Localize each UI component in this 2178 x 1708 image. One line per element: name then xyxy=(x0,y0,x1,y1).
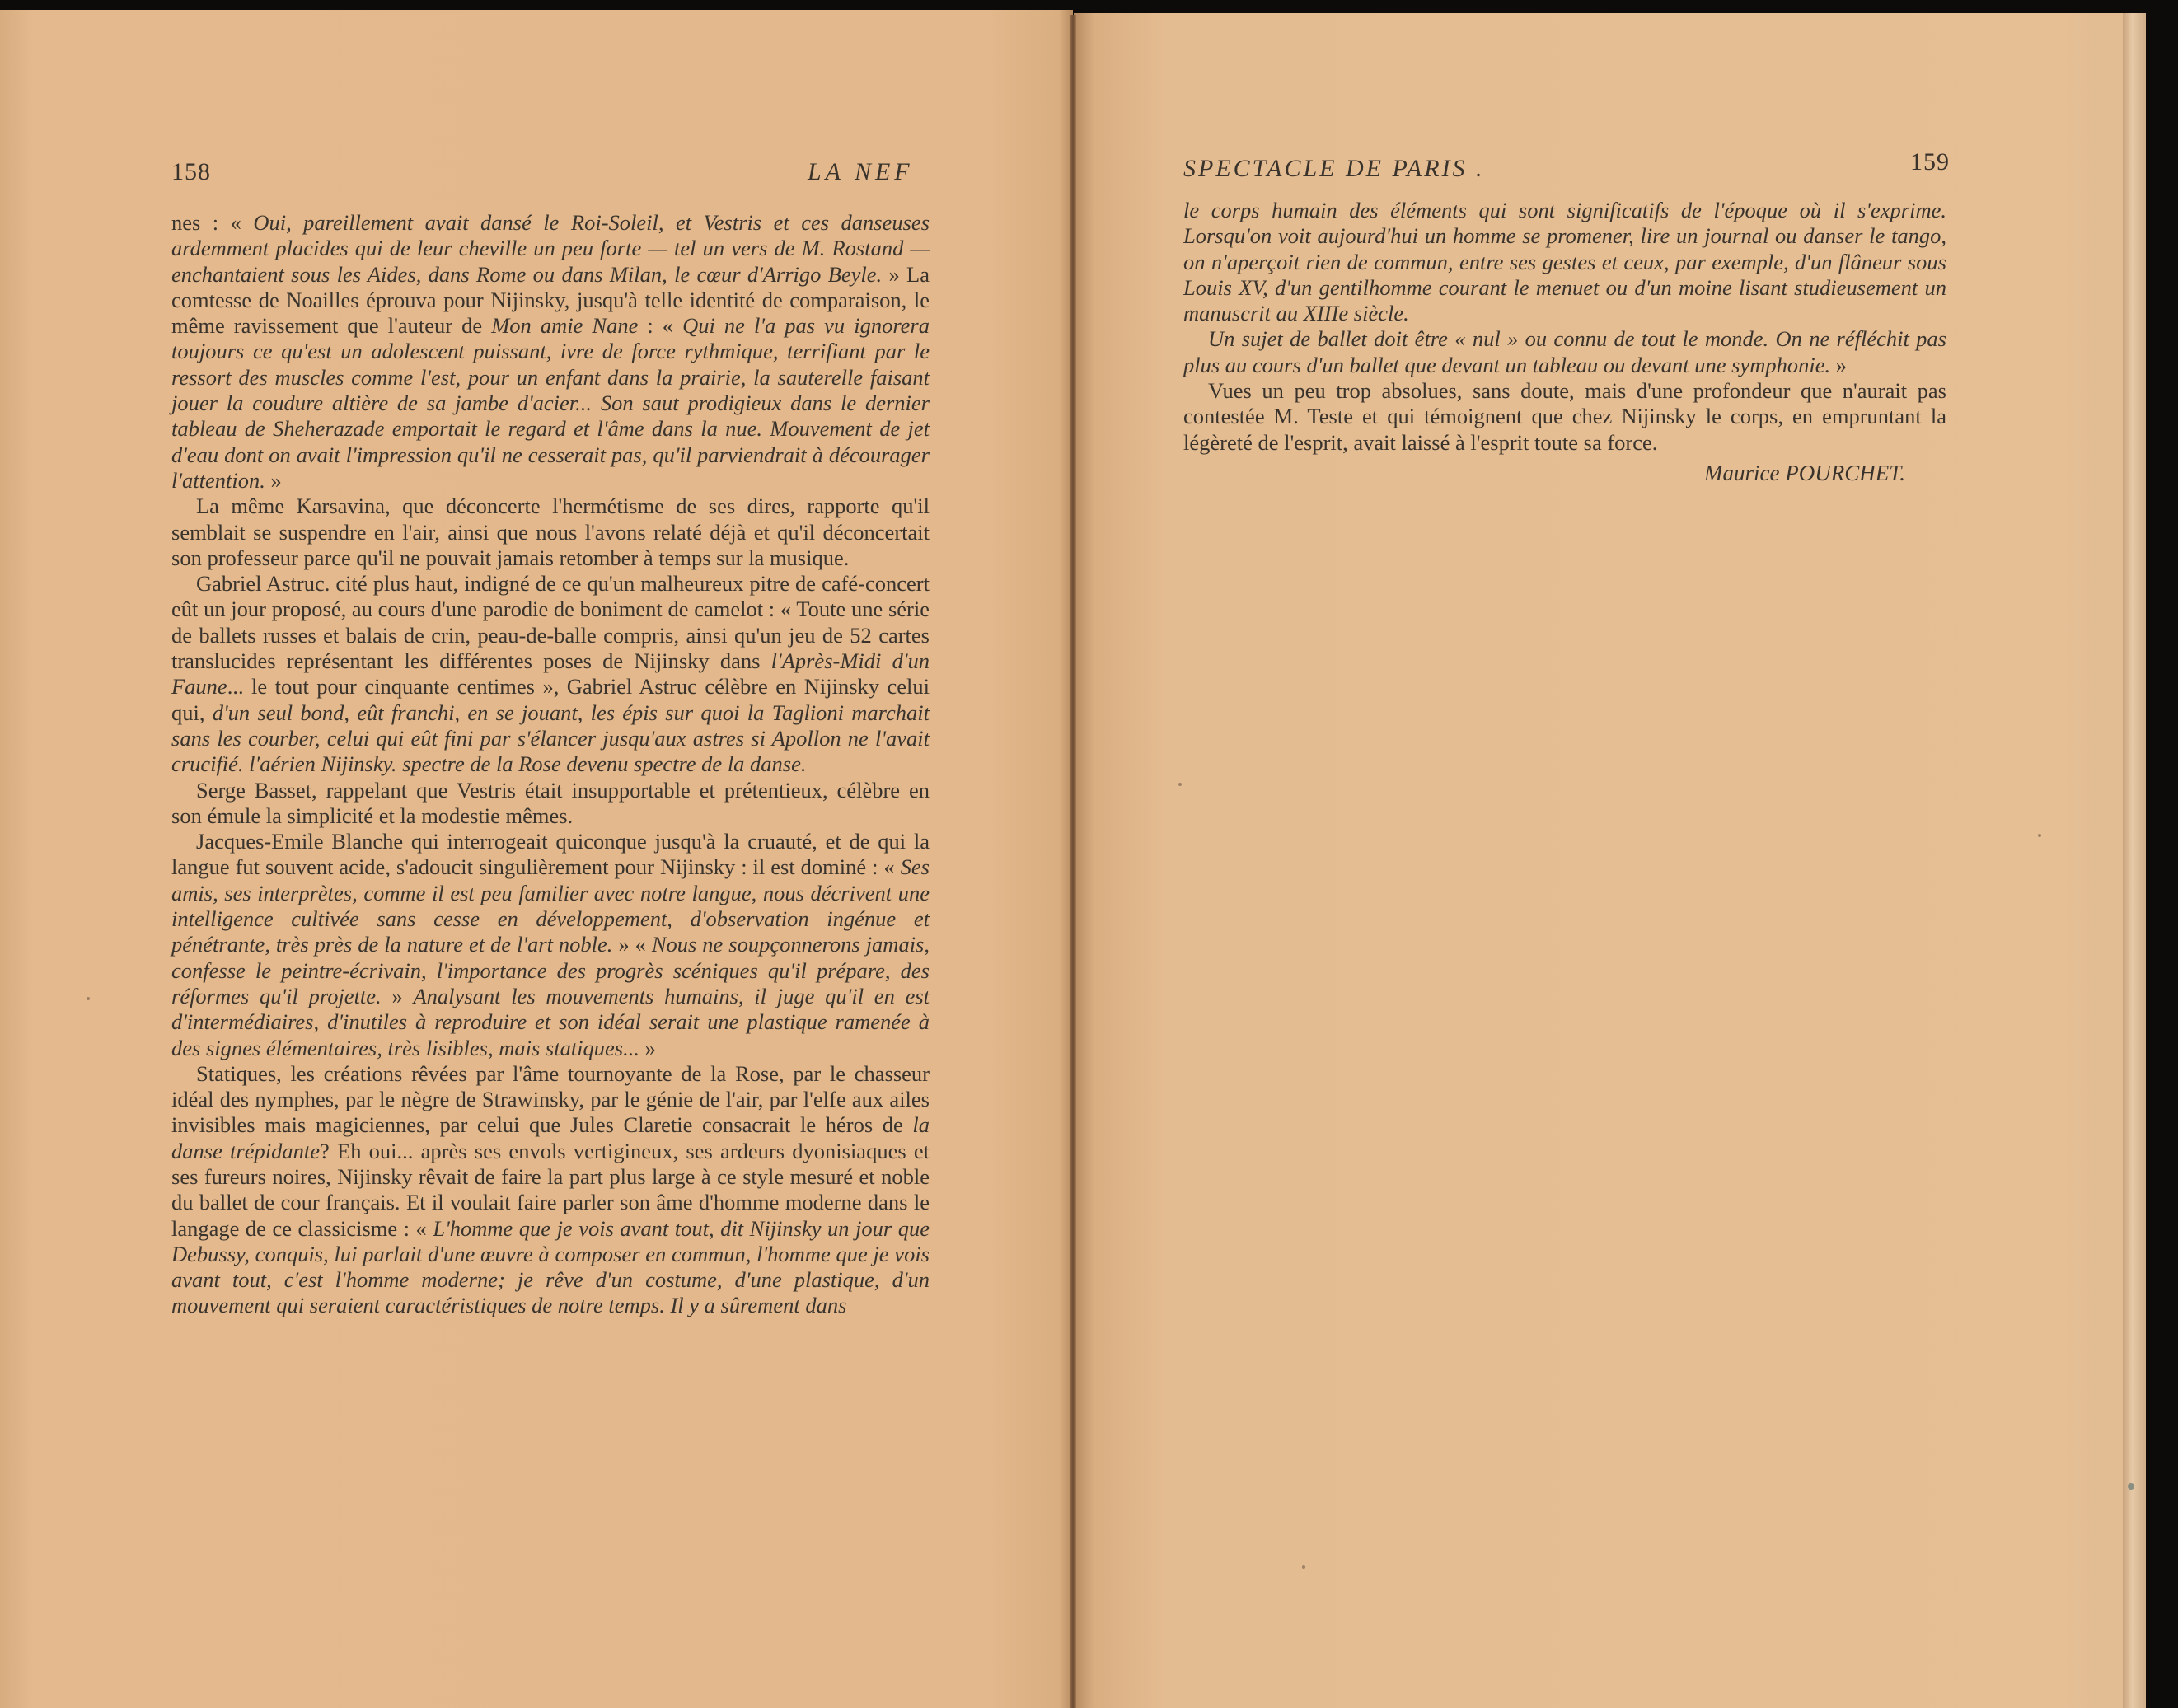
author-last-name: POURCHET. xyxy=(1785,461,1905,485)
body-text: » xyxy=(382,984,414,1008)
body-text: Jacques-Emile Blanche qui interrogeait q… xyxy=(171,829,930,879)
paragraph: Vues un peu trop absolues, sans doute, m… xyxy=(1183,378,1946,456)
book-gutter xyxy=(1070,15,1076,1708)
left-page-number: 158 xyxy=(171,158,211,186)
paragraph: La même Karsavina, que déconcerte l'herm… xyxy=(171,494,930,571)
body-text: » xyxy=(639,1036,656,1060)
paper-speck xyxy=(1178,783,1182,786)
paragraph: Gabriel Astruc. cité plus haut, indigné … xyxy=(171,571,930,777)
paragraph: le corps humain des éléments qui sont si… xyxy=(1183,198,1946,326)
page-edge xyxy=(2123,13,2146,1708)
right-running-title: SPECTACLE DE PARIS . xyxy=(1183,155,1485,183)
italic-quote-text: d'un seul bond, eût franchi, en se jouan… xyxy=(171,700,930,777)
right-text-column: le corps humain des éléments qui sont si… xyxy=(1183,198,1946,486)
left-running-title: LA NEF xyxy=(808,158,914,186)
body-text: » xyxy=(1830,353,1847,377)
paragraph: Serge Basset, rappelant que Vestris étai… xyxy=(171,778,930,830)
right-page-number: 159 xyxy=(1910,148,1950,176)
body-text: nes : « xyxy=(171,210,253,235)
paper-speck xyxy=(87,997,90,1000)
body-text: Statiques, les créations rêvées par l'âm… xyxy=(171,1061,930,1138)
paragraph: Un sujet de ballet doit être « nul » ou … xyxy=(1183,326,1946,378)
paragraph: nes : « Oui, pareillement avait dansé le… xyxy=(171,210,930,494)
body-text: Serge Basset, rappelant que Vestris étai… xyxy=(171,778,930,828)
body-text: Vues un peu trop absolues, sans doute, m… xyxy=(1183,378,1946,455)
left-text-column: nes : « Oui, pareillement avait dansé le… xyxy=(171,210,930,1319)
paper-speck xyxy=(2128,1483,2134,1490)
paragraph: Statiques, les créations rêvées par l'âm… xyxy=(171,1061,930,1319)
body-text: » « xyxy=(612,932,651,957)
paper-speck xyxy=(1302,1565,1305,1569)
italic-quote-text: Qui ne l'a pas vu ignorera toujours ce q… xyxy=(171,313,930,493)
author-signature: Maurice POURCHET. xyxy=(1183,461,1946,486)
body-text: » xyxy=(265,468,282,493)
author-first-name: Maurice xyxy=(1704,461,1785,485)
italic-quote-text: Mon amie Nane xyxy=(491,313,638,338)
paper-speck xyxy=(2038,834,2041,837)
body-text: : « xyxy=(638,313,682,338)
body-text: La même Karsavina, que déconcerte l'herm… xyxy=(171,494,930,570)
paragraph: Jacques-Emile Blanche qui interrogeait q… xyxy=(171,829,930,1061)
italic-quote-text: Oui, pareillement avait dansé le Roi-Sol… xyxy=(171,210,930,287)
italic-quote-text: le corps humain des éléments qui sont si… xyxy=(1183,198,1946,325)
